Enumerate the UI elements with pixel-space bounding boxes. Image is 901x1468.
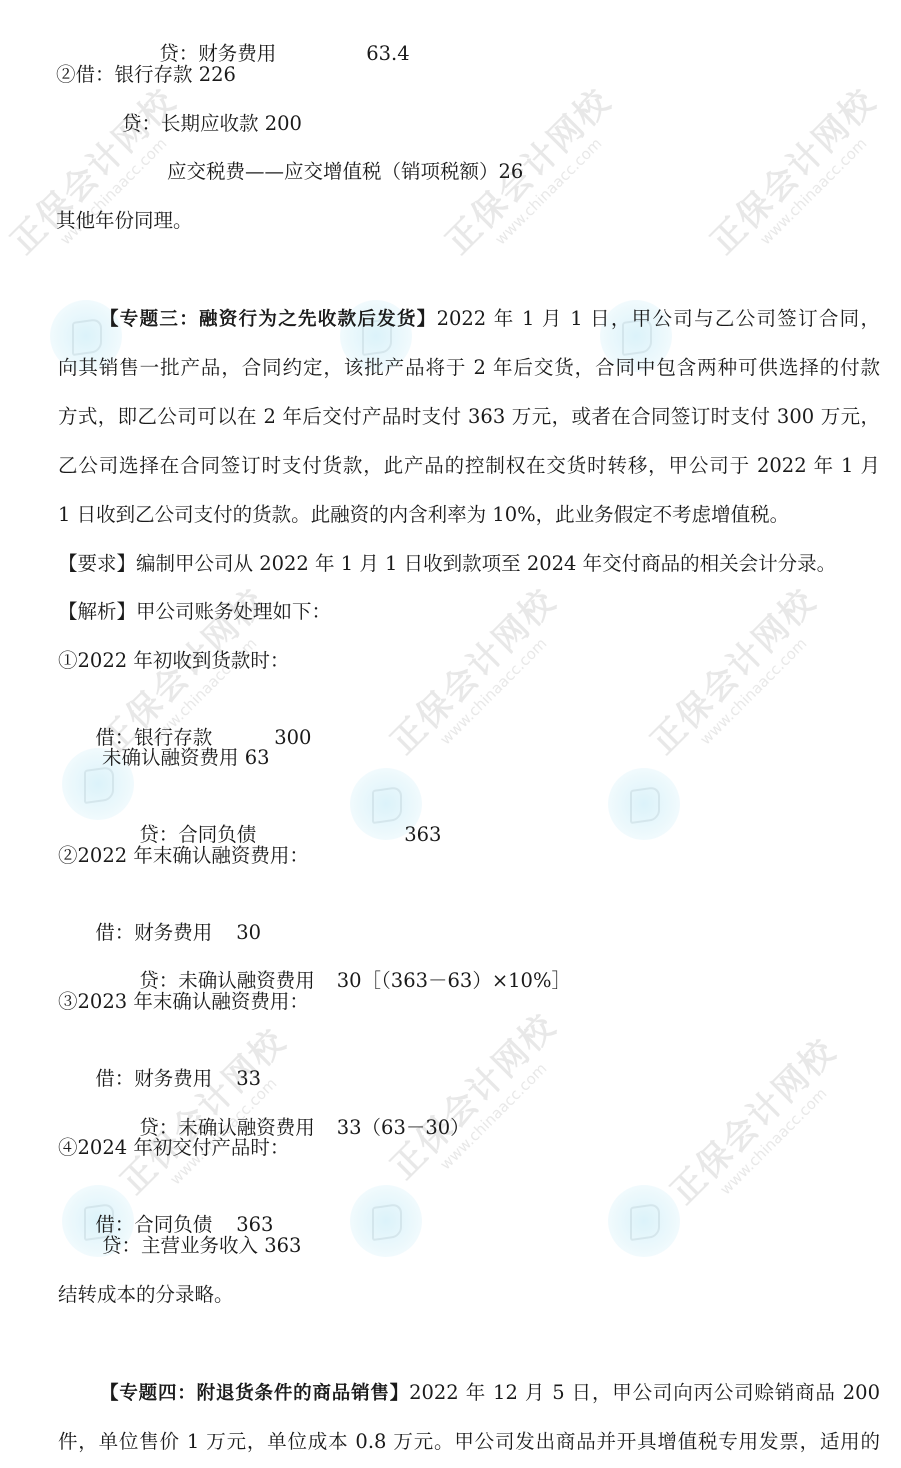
topic-4-title: 【专题四：附退货条件的商品销售】 [100,1383,409,1404]
amount: 363 [404,823,441,846]
entry-heading: ①2022 年初收到货款时： [58,647,289,675]
paragraph-text: 2022 年 1 月 1 日，甲公司与乙公司签订合同， [437,307,880,330]
topic-4-paragraph-line: 【专题四：附退货条件的商品销售】2022 年 12 月 5 日，甲公司向丙公司赊… [100,1379,880,1408]
closing-line: 结转成本的分录略。 [58,1281,234,1309]
amount: 30［（363－63）×10%］ [337,969,571,992]
topic-3-paragraph-line: 方式，即乙公司可以在 2 年后交付产品时支付 363 万元，或者在合同签订时支付… [58,403,880,431]
journal-line: 借：财务费用30 [58,891,261,919]
entry-heading: ③2023 年末确认融资费用： [58,988,309,1016]
amount: 63.4 [366,42,409,65]
topic-3-paragraph-line: 乙公司选择在合同签订时支付货款，此产品的控制权在交货时转移，甲公司于 2022 … [58,452,880,480]
analysis-line: 【解析】甲公司账务处理如下： [58,598,331,626]
journal-line: 应交税费——应交增值税（销项税额）26 [167,158,523,186]
entry-heading: ④2024 年初交付产品时： [58,1134,289,1162]
journal-line: 贷：未确认融资费用30［（363－63）×10%］ [102,939,571,967]
document-content: 贷：财务费用63.4 ②借：银行存款 226 贷：长期应收款 200 应交税费—… [0,0,901,1468]
journal-line: 贷：未确认融资费用33（63－30） [102,1086,470,1114]
amount: 300 [274,726,311,749]
topic-3-paragraph-line: 【专题三：融资行为之先收款后发货】2022 年 1 月 1 日，甲公司与乙公司签… [100,305,880,334]
topic-4-paragraph-line: 件，单位售价 1 万元，单位成本 0.8 万元。甲公司发出商品并开具增值税专用发… [58,1428,880,1456]
entry-heading: ②2022 年末确认融资费用： [58,842,309,870]
journal-line: 贷：合同负债363 [102,793,441,821]
journal-line: ②借：银行存款 226 [56,61,236,89]
paragraph-text: 2022 年 12 月 5 日，甲公司向丙公司赊销商品 200 [409,1381,880,1404]
journal-line: 贷：财务费用63.4 [122,12,410,40]
document-page: 正保会计网校www.chinaacc.com 正保会计网校www.chinaac… [0,0,901,1468]
journal-line: 借：财务费用33 [58,1037,261,1065]
text-line: 其他年份同理。 [56,207,193,235]
journal-line: 借：银行存款300 [58,696,311,724]
topic-3-title: 【专题三：融资行为之先收款后发货】 [100,309,437,330]
journal-line: 贷：主营业务收入 363 [102,1232,301,1260]
amount: 33（63－30） [337,1116,470,1139]
requirement-line: 【要求】编制甲公司从 2022 年 1 月 1 日收到款项至 2024 年交付商… [58,550,836,578]
journal-line: 未确认融资费用 63 [102,744,270,772]
topic-3-paragraph-line: 向其销售一批产品，合同约定，该批产品将于 2 年后交货，合同中包含两种可供选择的… [58,354,880,382]
topic-3-paragraph-line: 1 日收到乙公司支付的货款。此融资的内含利率为 10%，此业务假定不考虑增值税。 [58,501,789,529]
journal-line: 借：合同负债363 [58,1183,273,1211]
journal-line: 贷：长期应收款 200 [122,110,302,138]
